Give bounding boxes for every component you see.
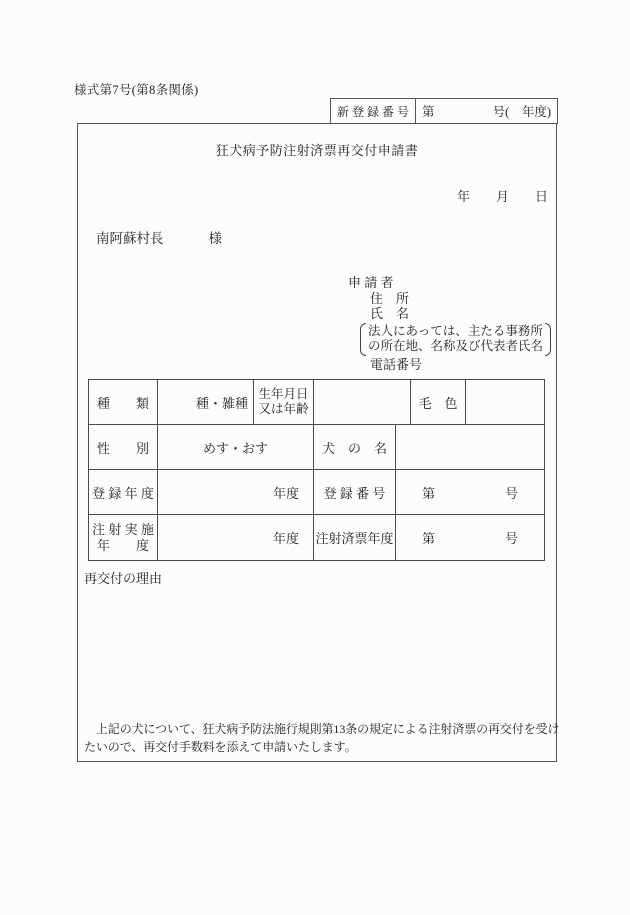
corporate-note-text: 法人にあっては、主たる事務所 の所在地、名称及び代表者氏名 xyxy=(366,323,545,356)
addressee-name: 南阿蘇村長 xyxy=(96,231,164,246)
reg-year-value-cell: 年度 xyxy=(158,470,314,514)
breed-value-cell: 種・雑種 xyxy=(158,380,254,424)
table-row-sex: 性 別 めす・おす 犬 の 名 xyxy=(89,425,544,470)
form-page: 様式第7号(第8条関係) 新 登 録 番 号 第 号( 年度) 狂犬病予防注射済… xyxy=(0,0,630,915)
coat-value-cell xyxy=(466,380,544,424)
coat-label-cell: 毛 色 xyxy=(411,380,466,424)
sex-label-cell: 性 別 xyxy=(89,425,158,469)
reg-no-label-cell: 登 録 番 号 xyxy=(314,470,396,514)
applicant-name-label: 氏 名 xyxy=(370,306,551,322)
tag-year-label-cell: 注射済票年度 xyxy=(314,515,396,560)
application-statement: 上記の犬について、狂犬病予防法施行規則第13条の規定による注射済票の再交付を受け… xyxy=(84,720,559,756)
applicant-phone-label: 電話番号 xyxy=(370,357,551,373)
birth-label-cell: 生年月日 又は年齢 xyxy=(254,380,314,424)
date-placeholder: 年 月 日 xyxy=(457,186,548,205)
corporate-note-line1: 法人にあっては、主たる事務所 xyxy=(368,324,543,340)
birth-label-line1: 生年月日 xyxy=(258,387,308,402)
statement-line2: たいので、再交付手数料を添えて申請いたします。 xyxy=(84,738,559,756)
applicant-heading: 申 請 者 xyxy=(348,275,551,291)
dog-info-table: 種 類 種・雑種 生年月日 又は年齢 毛 色 性 別 めす・おす 犬 の 名 登… xyxy=(88,379,545,561)
registration-number-suffix: 号( 年度) xyxy=(493,102,551,120)
corporate-note: 法人にあっては、主たる事務所 の所在地、名称及び代表者氏名 xyxy=(360,323,551,356)
birth-label-line2: 又は年齢 xyxy=(258,402,308,417)
tag-no-value-cell: 第 号 xyxy=(396,515,544,560)
reg-no-prefix: 第 xyxy=(422,483,435,502)
table-row-injection: 注 射 実 施 年 度 年度 注射済票年度 第 号 xyxy=(89,515,544,560)
injection-year-label-cell: 注 射 実 施 年 度 xyxy=(89,515,158,560)
addressee-honorific: 様 xyxy=(209,231,223,246)
table-row-breed: 種 類 種・雑種 生年月日 又は年齢 毛 色 xyxy=(89,380,544,425)
reissue-reason-label: 再交付の理由 xyxy=(84,568,162,587)
dog-name-label-cell: 犬 の 名 xyxy=(314,425,396,469)
reg-year-label-cell: 登 録 年 度 xyxy=(89,470,158,514)
breed-label-cell: 種 類 xyxy=(89,380,158,424)
form-body-box: 狂犬病予防注射済票再交付申請書 年 月 日 南阿蘇村長様 申 請 者 住 所 氏… xyxy=(77,123,557,762)
dog-name-value-cell xyxy=(396,425,544,469)
table-row-registration: 登 録 年 度 年度 登 録 番 号 第 号 xyxy=(89,470,544,515)
addressee-line: 南阿蘇村長様 xyxy=(96,227,222,247)
injection-year-label-line2: 年 度 xyxy=(97,538,149,554)
registration-number-prefix: 第 xyxy=(422,102,435,120)
injection-year-value-cell: 年度 xyxy=(158,515,314,560)
form-title: 狂犬病予防注射済票再交付申請書 xyxy=(78,140,556,159)
statement-line1: 上記の犬について、狂犬病予防法施行規則第13条の規定による注射済票の再交付を受け xyxy=(84,720,559,738)
reg-no-suffix: 号 xyxy=(505,483,518,502)
tag-no-prefix: 第 xyxy=(422,528,435,547)
new-registration-number-label: 新 登 録 番 号 xyxy=(331,99,416,123)
applicant-block: 申 請 者 住 所 氏 名 法人にあっては、主たる事務所 の所在地、名称及び代表… xyxy=(348,275,551,372)
new-registration-number-box: 新 登 録 番 号 第 号( 年度) xyxy=(330,98,558,124)
sex-value-cell: めす・おす xyxy=(158,425,314,469)
corporate-note-line2: の所在地、名称及び代表者氏名 xyxy=(368,339,543,355)
applicant-address-label: 住 所 xyxy=(370,291,551,307)
birth-value-cell xyxy=(314,380,411,424)
tag-no-suffix: 号 xyxy=(505,528,518,547)
right-bracket xyxy=(545,323,551,356)
new-registration-number-value-cell: 第 号( 年度) xyxy=(416,99,557,123)
form-number-label: 様式第7号(第8条関係) xyxy=(74,80,198,98)
injection-year-label-line1: 注 射 実 施 xyxy=(92,522,154,538)
reg-no-value-cell: 第 号 xyxy=(396,470,544,514)
